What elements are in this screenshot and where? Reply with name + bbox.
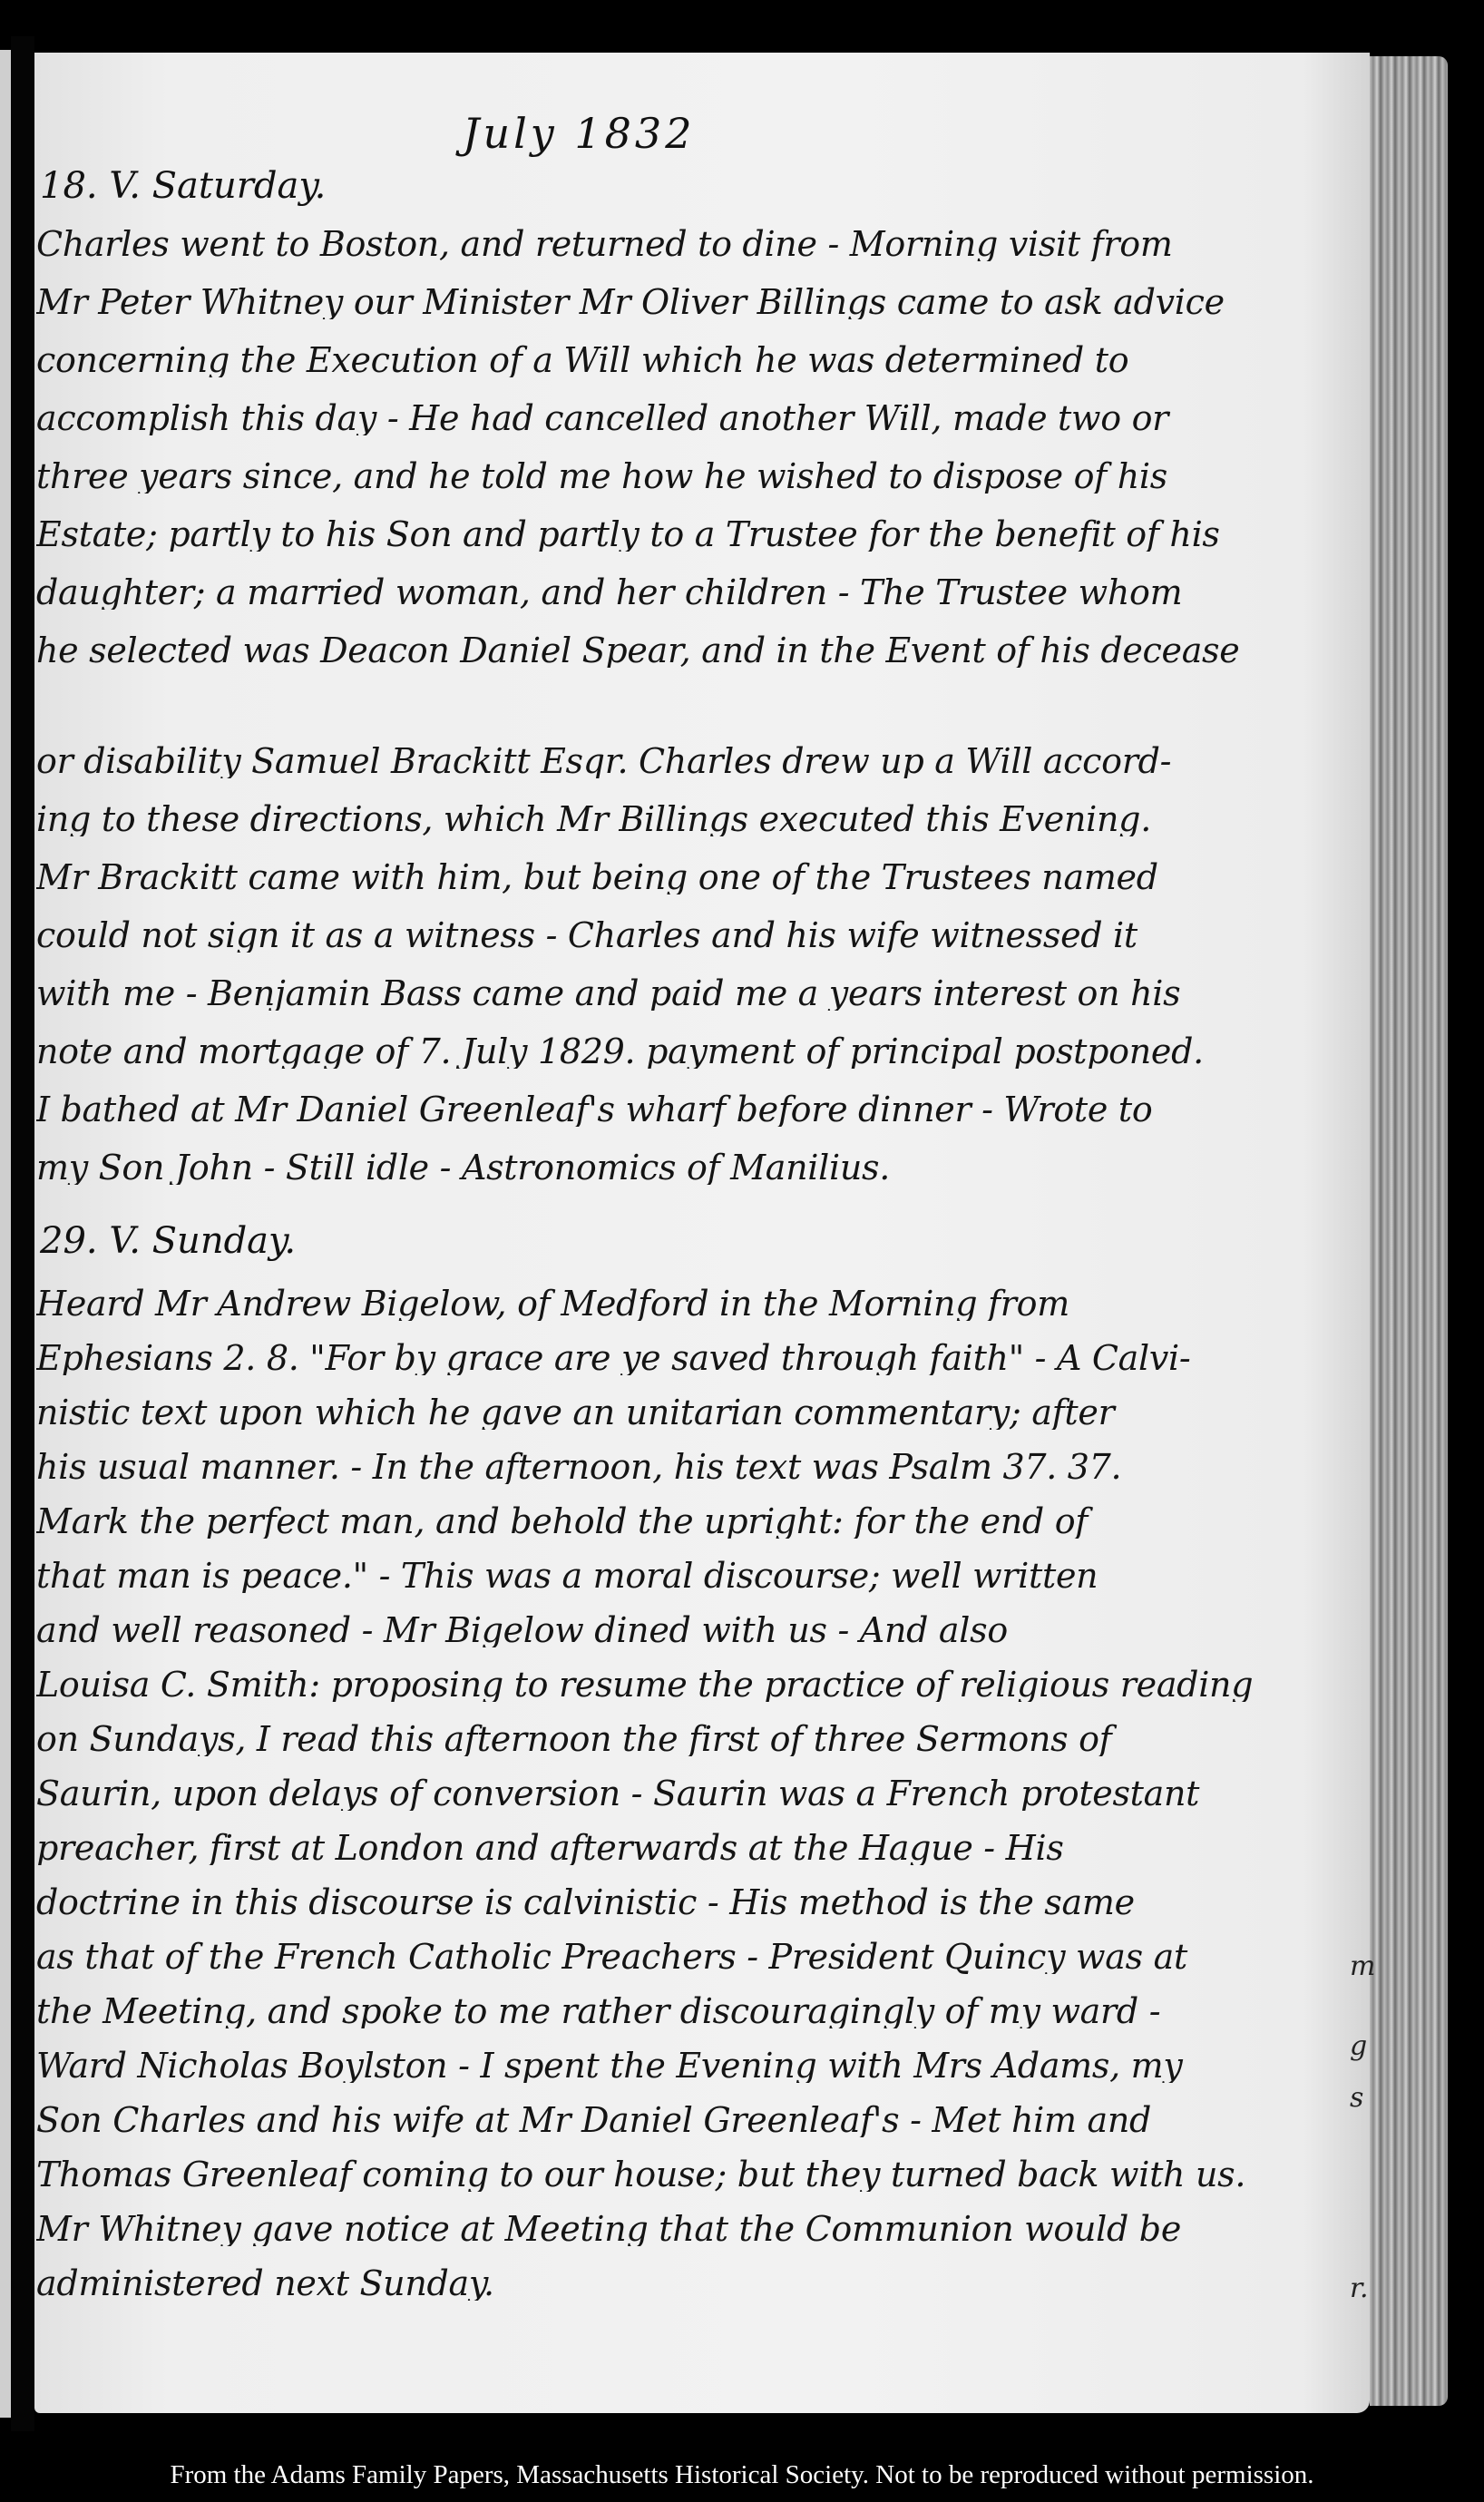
text-line: three years since, and he told me how he… bbox=[36, 459, 1324, 494]
text-line: Thomas Greenleaf coming to our house; bu… bbox=[36, 2157, 1324, 2192]
text-line: Mr Brackitt came with him, but being one… bbox=[36, 860, 1324, 894]
text-line: ing to these directions, which Mr Billin… bbox=[36, 802, 1324, 836]
text-line: he selected was Deacon Daniel Spear, and… bbox=[36, 633, 1324, 668]
text-line: my Son John - Still idle - Astronomics o… bbox=[36, 1150, 1324, 1185]
text-line: daughter; a married woman, and her child… bbox=[36, 575, 1324, 610]
text-line: the Meeting, and spoke to me rather disc… bbox=[36, 1994, 1324, 2028]
text-line: note and mortgage of 7. July 1829. payme… bbox=[36, 1034, 1324, 1069]
text-line: accomplish this day - He had cancelled a… bbox=[36, 401, 1324, 435]
text-line: Mr Whitney gave notice at Meeting that t… bbox=[36, 2212, 1324, 2246]
text-line: concerning the Execution of a Will which… bbox=[36, 343, 1324, 377]
margin-mark: g bbox=[1350, 2030, 1367, 2062]
text-line: his usual manner. - In the afternoon, hi… bbox=[36, 1450, 1324, 1484]
text-line: Louisa C. Smith: proposing to resume the… bbox=[36, 1667, 1324, 1702]
text-line: I bathed at Mr Daniel Greenleaf's wharf … bbox=[36, 1092, 1324, 1127]
book-gutter bbox=[11, 36, 34, 2431]
text-line: or disability Samuel Brackitt Esqr. Char… bbox=[36, 744, 1324, 778]
text-line: Mr Peter Whitney our Minister Mr Oliver … bbox=[36, 285, 1324, 319]
text-line: that man is peace." - This was a moral d… bbox=[36, 1559, 1324, 1593]
text-line: with me - Benjamin Bass came and paid me… bbox=[36, 976, 1324, 1011]
text-line: nistic text upon which he gave an unitar… bbox=[36, 1395, 1324, 1430]
text-line: Mark the perfect man, and behold the upr… bbox=[36, 1504, 1324, 1539]
margin-mark: r. bbox=[1350, 2272, 1369, 2304]
text-line: preacher, first at London and afterwards… bbox=[36, 1831, 1324, 1865]
text-line: Ward Nicholas Boylston - I spent the Eve… bbox=[36, 2048, 1324, 2083]
text-line: Saurin, upon delays of conversion - Saur… bbox=[36, 1776, 1324, 1811]
page-title: July 1832 bbox=[463, 109, 695, 158]
page-stack-edge bbox=[1370, 56, 1448, 2406]
text-line: Heard Mr Andrew Bigelow, of Medford in t… bbox=[36, 1286, 1324, 1321]
adjacent-page-edge bbox=[0, 50, 11, 2418]
margin-mark: s bbox=[1350, 2082, 1363, 2114]
entry-heading-sunday: 29. V. Sunday. bbox=[40, 1220, 296, 1262]
copyright-caption: From the Adams Family Papers, Massachuse… bbox=[0, 2460, 1484, 2490]
text-line: Charles went to Boston, and returned to … bbox=[36, 227, 1324, 261]
text-line: Son Charles and his wife at Mr Daniel Gr… bbox=[36, 2103, 1324, 2137]
text-line: and well reasoned - Mr Bigelow dined wit… bbox=[36, 1613, 1324, 1647]
text-line: as that of the French Catholic Preachers… bbox=[36, 1940, 1324, 1974]
margin-mark: m bbox=[1350, 1950, 1375, 1982]
text-line: on Sundays, I read this afternoon the fi… bbox=[36, 1722, 1324, 1756]
text-line: Estate; partly to his Son and partly to … bbox=[36, 517, 1324, 552]
text-line: could not sign it as a witness - Charles… bbox=[36, 918, 1324, 953]
text-line: doctrine in this discourse is calvinisti… bbox=[36, 1885, 1324, 1920]
entry-heading-saturday: 18. V. Saturday. bbox=[40, 165, 326, 207]
text-line: administered next Sunday. bbox=[36, 2266, 1324, 2301]
text-line: Ephesians 2. 8. "For by grace are ye sav… bbox=[36, 1341, 1324, 1375]
